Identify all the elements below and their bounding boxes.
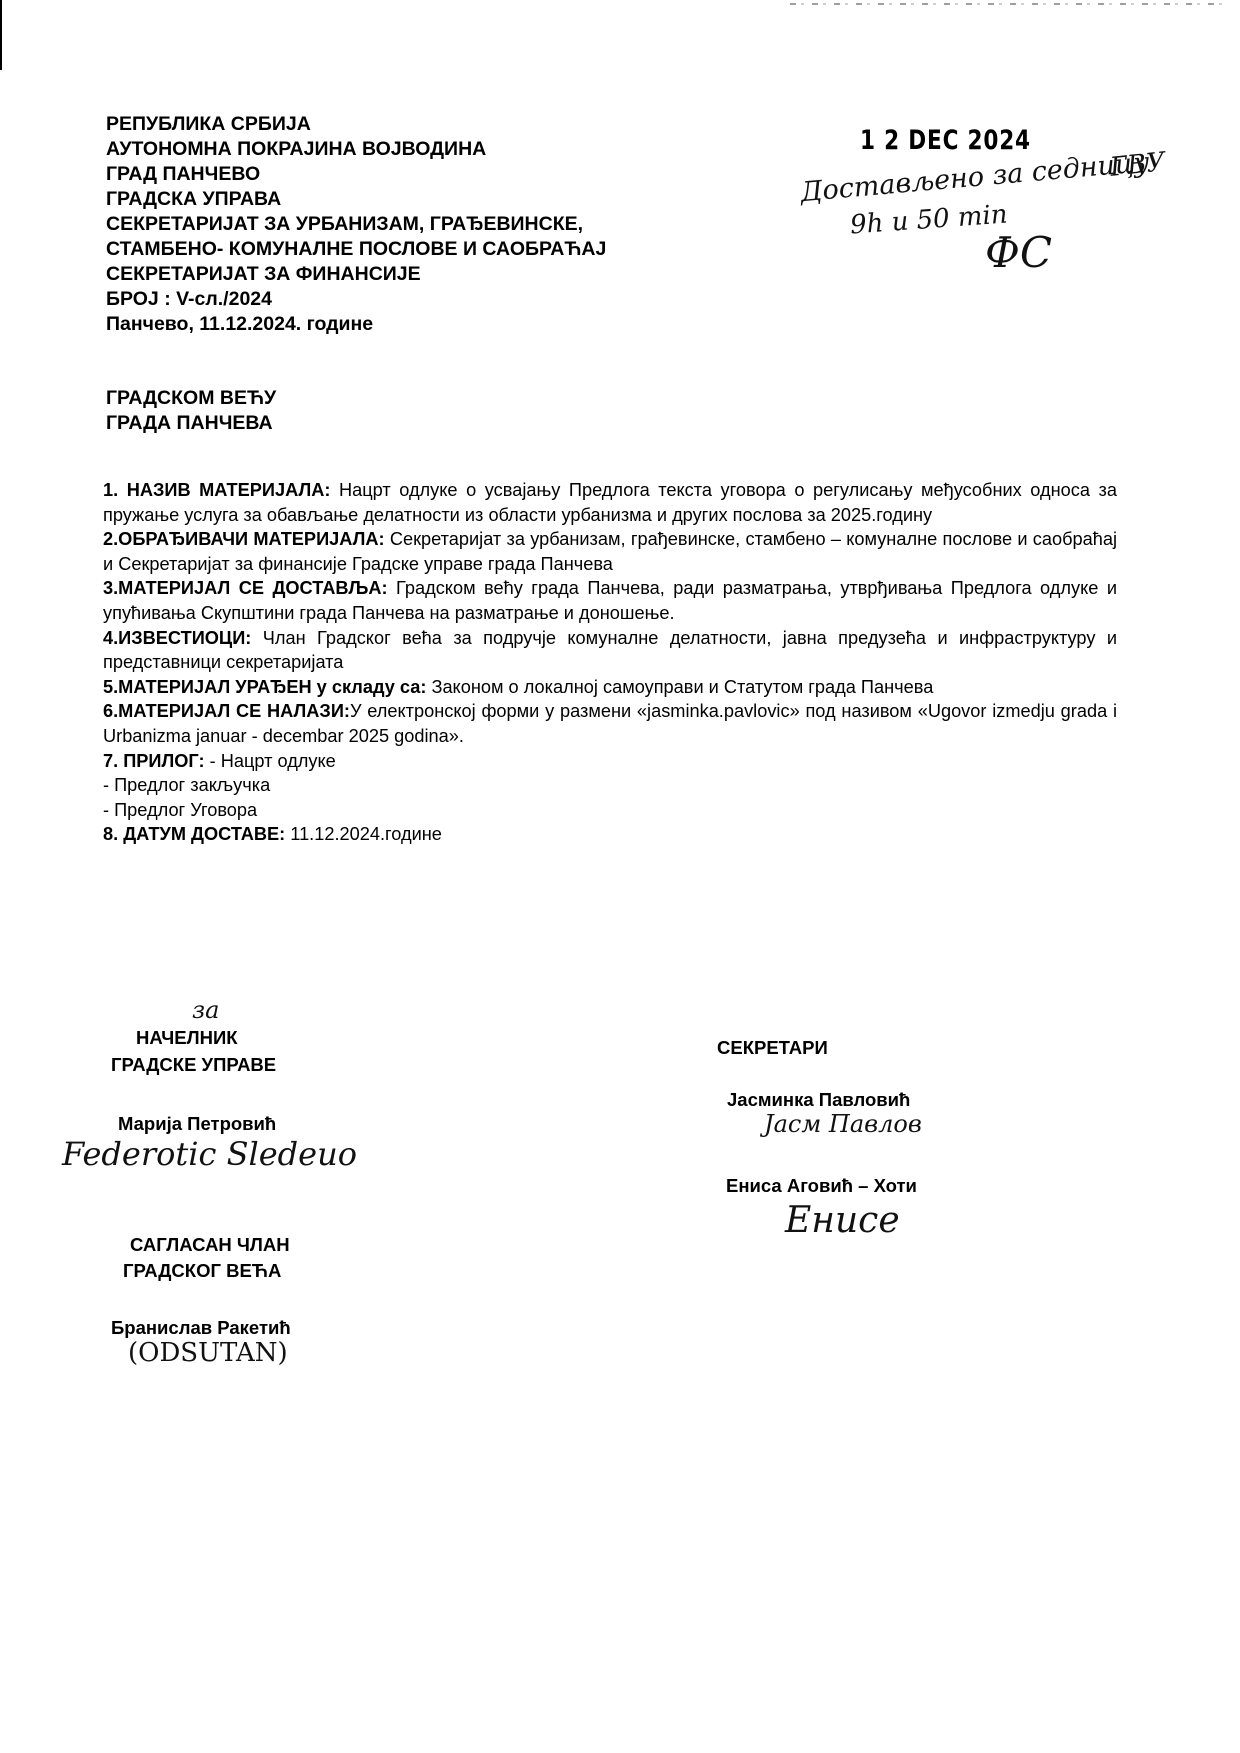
signature-prefix-mark: за [192, 996, 219, 1024]
item-attachments: 7. ПРИЛОГ: - Нацрт одлуке [103, 749, 1117, 774]
header-line-secretariat-urbanism-cont: СТАМБЕНО- КОМУНАЛНЕ ПОСЛОВЕ И САОБРАЋАЈ [106, 237, 606, 262]
head-title-line2: ГРАДСКЕ УПРАВЕ [111, 1052, 276, 1078]
item-material-name: 1. НАЗИВ МАТЕРИЈАЛА: Нацрт одлуке о усва… [103, 478, 1117, 527]
header-line-city: ГРАД ПАНЧЕВО [106, 162, 606, 187]
head-name: Марија Петровић [118, 1113, 276, 1135]
item-rapporteurs: 4.ИЗВЕСТИОЦИ: Члан Градског већа за подр… [103, 626, 1117, 675]
item-submitted-to: 3.МАТЕРИЈАЛ СЕ ДОСТАВЉА: Градском већу г… [103, 576, 1117, 625]
document-number: БРОЈ : V-сл./2024 [106, 287, 606, 312]
header-line-secretariat-finance: СЕКРЕТАРИЈАТ ЗА ФИНАНСИЈЕ [106, 262, 606, 287]
council-member-title-line1: САГЛАСАН ЧЛАН [130, 1232, 290, 1258]
received-date-stamp: 1 2 DEC 2024 [860, 125, 1031, 156]
addressee: ГРАДСКОМ ВЕЋУ ГРАДА ПАНЧЕВА [106, 386, 276, 436]
handwritten-signature-stamp: ФС [985, 228, 1052, 277]
secretary2-handwritten-signature: Енисе [785, 1200, 900, 1241]
material-details: 1. НАЗИВ МАТЕРИЈАЛА: Нацрт одлуке о усва… [103, 478, 1117, 847]
letterhead: РЕПУБЛИКА СРБИЈА АУТОНОМНА ПОКРАЈИНА ВОЈ… [106, 112, 606, 337]
item-legal-basis: 5.МАТЕРИЈАЛ УРАЂЕН у складу са: Законом … [103, 675, 1117, 700]
attachment-conclusion: - Предлог закључка [103, 773, 1117, 798]
header-line-province: АУТОНОМНА ПОКРАЈИНА ВОЈВОДИНА [106, 137, 606, 162]
header-line-republic: РЕПУБЛИКА СРБИЈА [106, 112, 606, 137]
item-prepared-by: 2.ОБРАЂИВАЧИ МАТЕРИЈАЛА: Секретаријат за… [103, 527, 1117, 576]
header-line-secretariat-urbanism: СЕКРЕТАРИЈАТ ЗА УРБАНИЗАМ, ГРАЂЕВИНСКЕ, [106, 212, 606, 237]
head-handwritten-signature: Federotic Sledeuo [62, 1135, 357, 1173]
handwritten-note-delivered: Достављено за седницу [799, 147, 1150, 208]
secretaries-title: СЕКРЕТАРИ [717, 1035, 828, 1061]
council-member-name: Бранислав Ракетић [111, 1317, 291, 1339]
addressee-line2: ГРАДА ПАНЧЕВА [106, 411, 276, 436]
document-date: Панчево, 11.12.2024. године [106, 312, 606, 337]
item-location: 6.МАТЕРИЈАЛ СЕ НАЛАЗИ:У електронској фор… [103, 699, 1117, 748]
council-member-absent-note: (ODSUTAN) [128, 1338, 288, 1368]
secretary2-name: Ениса Аговић – Хоти [726, 1175, 917, 1197]
handwritten-initials: ГВУ [1109, 147, 1167, 183]
secretary1-name: Јасминка Павловић [727, 1089, 910, 1111]
secretary1-handwritten-signature: Јасм Павлов [764, 1110, 922, 1138]
scan-noise-top [790, 3, 1230, 5]
head-title-line1: НАЧЕЛНИК [136, 1025, 238, 1051]
item-delivery-date: 8. ДАТУМ ДОСТАВЕ: 11.12.2024.године [103, 822, 1117, 847]
council-member-title-line2: ГРАДСКОГ ВЕЋА [123, 1258, 281, 1284]
header-line-administration: ГРАДСКА УПРАВА [106, 187, 606, 212]
attachment-contract: - Предлог Уговора [103, 798, 1117, 823]
scan-edge-mark [0, 0, 2, 70]
addressee-line1: ГРАДСКОМ ВЕЋУ [106, 386, 276, 411]
